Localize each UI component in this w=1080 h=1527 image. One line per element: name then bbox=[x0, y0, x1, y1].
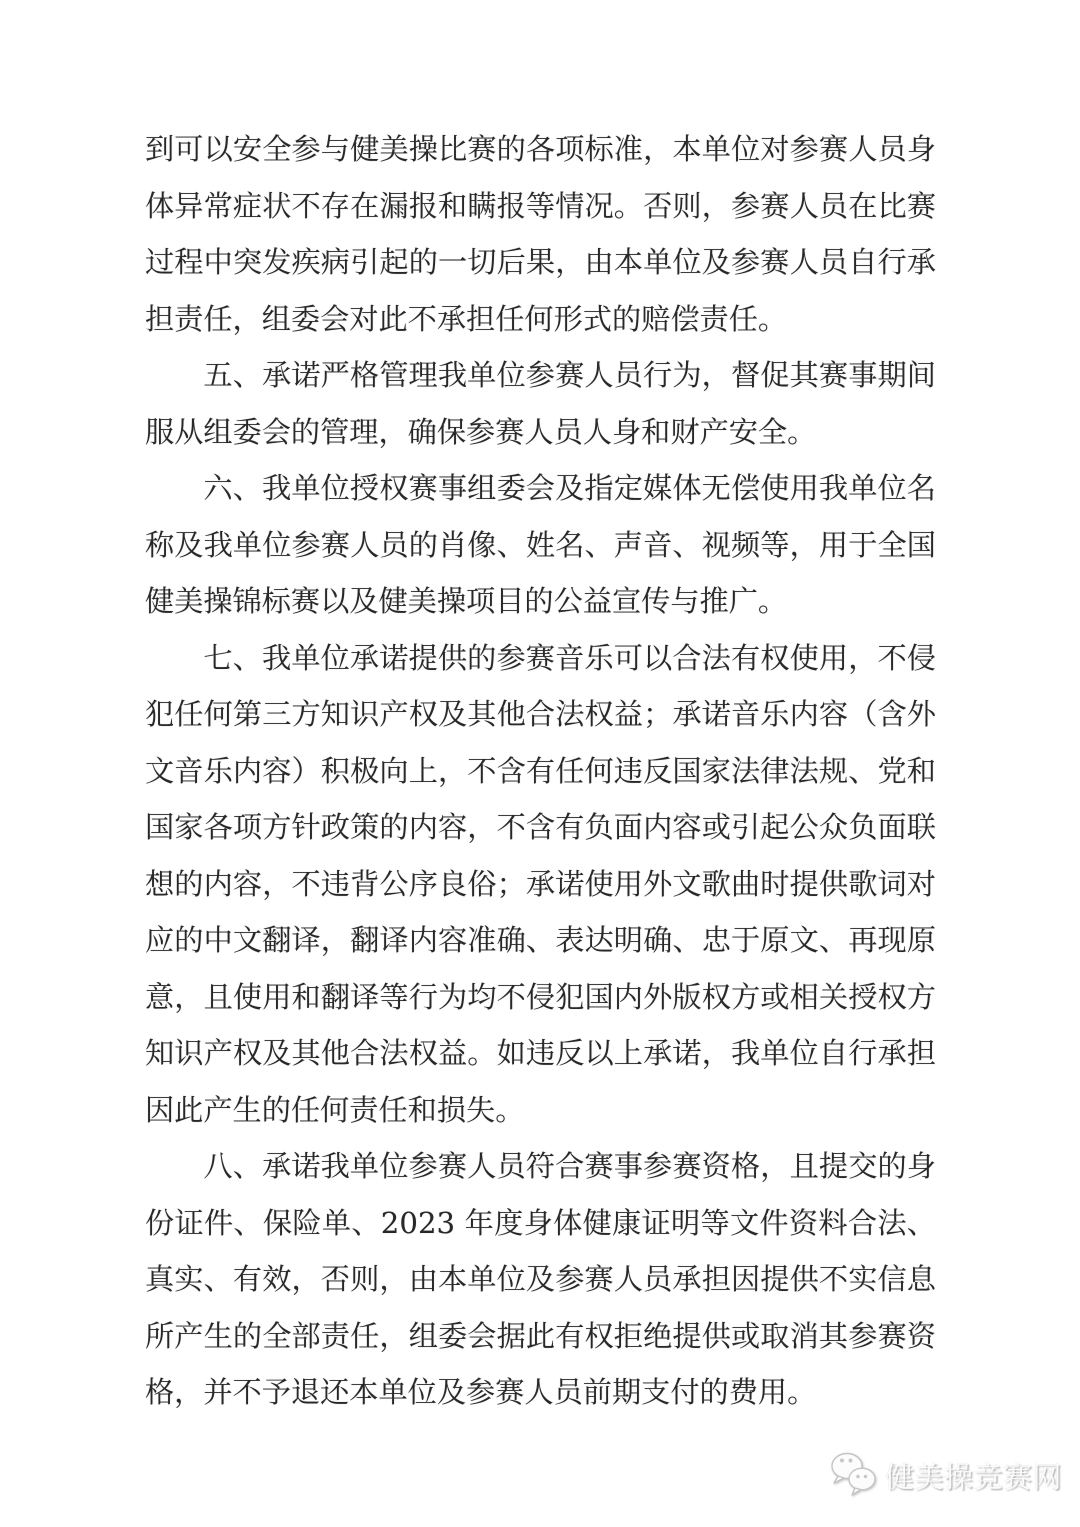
paragraph-item-6: 六、我单位授权赛事组委会及指定媒体无偿使用我单位名称及我单位参赛人员的肖像、姓名… bbox=[145, 460, 936, 630]
paragraph-item-8: 八、承诺我单位参赛人员符合赛事参赛资格，且提交的身份证件、保险单、2023 年度… bbox=[145, 1138, 936, 1421]
document-page: 到可以安全参与健美操比赛的各项标准，本单位对参赛人员身体异常症状不存在漏报和瞒报… bbox=[0, 0, 1080, 1527]
paragraph-continuation: 到可以安全参与健美操比赛的各项标准，本单位对参赛人员身体异常症状不存在漏报和瞒报… bbox=[145, 121, 936, 347]
wechat-icon bbox=[828, 1448, 880, 1502]
paragraph-item-7: 七、我单位承诺提供的参赛音乐可以合法有权使用，不侵犯任何第三方知识产权及其他合法… bbox=[145, 630, 936, 1139]
paragraph-item-5: 五、承诺严格管理我单位参赛人员行为，督促其赛事期间服从组委会的管理，确保参赛人员… bbox=[145, 347, 936, 460]
watermark: 健美操竞赛网 bbox=[828, 1448, 1062, 1502]
watermark-label: 健美操竞赛网 bbox=[885, 1455, 1062, 1496]
body-text: 到可以安全参与健美操比赛的各项标准，本单位对参赛人员身体异常症状不存在漏报和瞒报… bbox=[145, 121, 936, 1421]
